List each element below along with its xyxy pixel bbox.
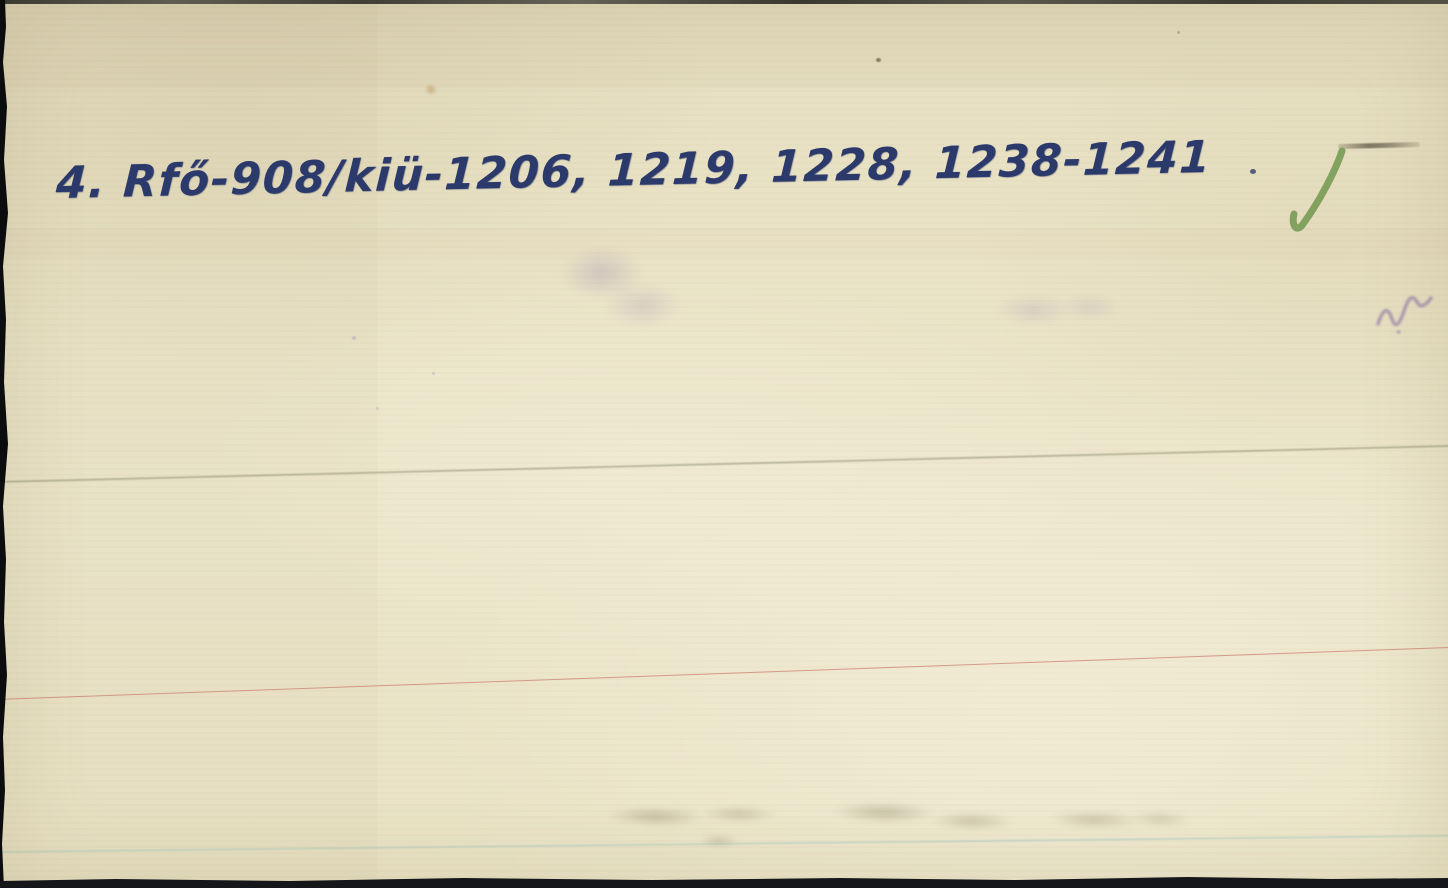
scan-vignette (0, 0, 1448, 888)
scan-edge-top (0, 0, 1448, 4)
scanned-card: 4. Rfő-908/kiü-1206, 1219, 1228, 1238-12… (0, 0, 1448, 888)
